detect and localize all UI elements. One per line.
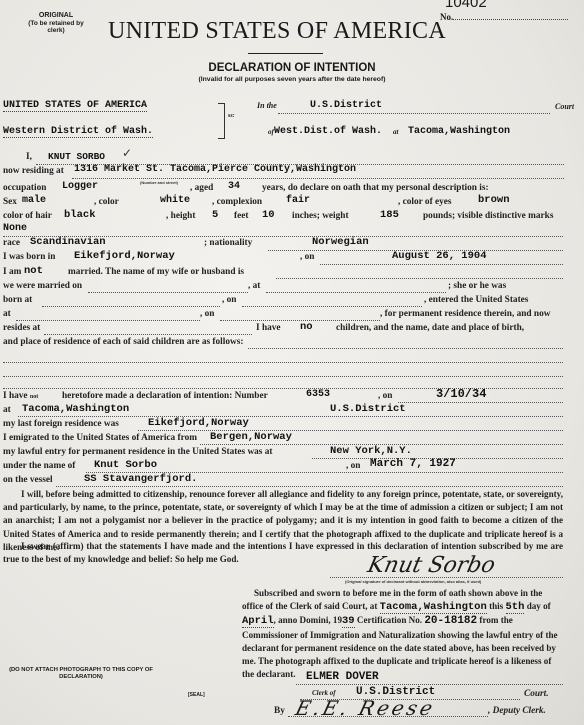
have-text: I have <box>256 323 281 333</box>
entry-label: my lawful entry for permanent residence … <box>3 447 273 457</box>
children-line-1 <box>3 362 563 363</box>
clerk-name-line <box>296 684 563 685</box>
entered-text: , entered the United States <box>424 295 528 305</box>
spouse-residence-line <box>44 334 252 335</box>
address-line <box>72 178 564 179</box>
spouse-birthdate-line <box>242 306 422 307</box>
children-line-0 <box>248 348 563 349</box>
clerk-month: April <box>242 615 274 628</box>
spouse-line <box>276 278 563 279</box>
declarant-signature: Knut Sorbo <box>365 553 497 578</box>
race-label: race <box>3 238 20 248</box>
born-at-text: born at <box>3 295 32 305</box>
am-label: I am <box>3 267 21 277</box>
vessel-value: SS Stavangerfjord. <box>84 473 197 485</box>
ss-label: ss: <box>228 113 235 119</box>
stamp-number: 10402 <box>445 0 487 11</box>
hair-label: color of hair <box>3 211 52 221</box>
entry-on-label: , on <box>346 461 360 471</box>
number-field: No. <box>440 12 568 22</box>
emigrated-from: Bergen,Norway <box>210 431 292 443</box>
clerk-place: Tacoma,Washington <box>380 601 487 614</box>
prior-number: 6353 <box>306 389 330 400</box>
children-count: no <box>300 321 313 333</box>
were-married-text: we were married on <box>3 281 82 291</box>
children-text: children, and the name, date and place o… <box>336 323 524 333</box>
venue-country: UNITED STATES OF AMERICA <box>3 100 213 111</box>
emigrated-label: I emigrated to the United States of Amer… <box>3 433 197 443</box>
photo-note: (DO NOT ATTACH PHOTOGRAPH TO THIS COPY O… <box>6 667 156 681</box>
in-the-label: In the <box>257 101 277 110</box>
inches-label: inches; weight <box>292 211 349 221</box>
spouse-on-label: , on <box>222 295 236 305</box>
last-residence: Eikefjord,Norway <box>148 417 249 429</box>
sex-value: male <box>22 195 46 206</box>
venue-bracket <box>218 103 225 139</box>
title-rule <box>248 53 323 54</box>
occupation-label: occupation <box>3 183 46 193</box>
resides-text: resides at <box>3 323 40 333</box>
race-value: Scandinavian <box>30 236 106 248</box>
nationality-label: ; nationality <box>204 238 252 248</box>
deputy-line <box>288 716 488 717</box>
original-stamp: ORIGINAL (To be retained by clerk) <box>20 12 92 35</box>
address: 1316 Market St. Tacoma,Pierce County,Was… <box>74 164 356 175</box>
height-label: , height <box>166 211 195 221</box>
document-title: UNITED STATES OF AMERICA <box>108 18 446 45</box>
declarant-name: KNUT SORBO <box>48 151 105 162</box>
spouse-born-text: ; she or he was <box>448 281 506 291</box>
entry-on-label: , on <box>200 309 214 319</box>
signature-line <box>330 577 563 578</box>
prior-place: Tacoma,Washington <box>22 403 129 415</box>
eyes-label: , color of eyes <box>398 197 452 207</box>
feet-label: feet <box>234 211 248 221</box>
at-text: at <box>3 309 11 319</box>
court-name: U.S.District <box>310 100 382 111</box>
prior-court: U.S.District <box>330 403 406 415</box>
color-value: white <box>160 195 190 206</box>
court-label: Court <box>555 102 574 111</box>
declaration-document: ORIGINAL (To be retained by clerk) 10402… <box>0 0 584 725</box>
seal-label: [SEAL] <box>188 692 205 698</box>
court-location: Tacoma,Washington <box>408 126 510 137</box>
declare-text: years, do declare on oath that my person… <box>262 183 489 193</box>
height-feet: 5 <box>212 209 218 221</box>
permanent-text: , for permanent residence therein, and n… <box>380 309 550 319</box>
venue-district: Western District of Wash. <box>3 126 153 137</box>
birth-date-line <box>320 264 563 265</box>
prior-on-label: , on <box>378 391 392 401</box>
birthplace-value: Eikefjord,Norway <box>74 250 175 262</box>
last-residence-line <box>138 430 563 431</box>
age-value: 34 <box>228 181 240 192</box>
married-date-line <box>88 292 248 293</box>
complexion-value: fair <box>286 195 310 206</box>
court-district: West.Dist.of Wash. <box>274 126 382 137</box>
address-caption: (Number and street) <box>140 180 178 185</box>
prior-date-line <box>398 402 563 403</box>
children-list-text: and place of residence of each of said c… <box>3 337 243 347</box>
prior-court-line <box>18 416 563 417</box>
hair-value: black <box>64 209 96 221</box>
checkmark-icon: ✓ <box>122 146 132 161</box>
prior-have-label: I have not <box>3 391 38 401</box>
weight-value: 185 <box>380 209 399 221</box>
prior-have-value: not <box>30 394 38 400</box>
at-label: at <box>393 128 398 136</box>
marks-value: None <box>3 223 27 234</box>
prior-date: 3/10/34 <box>436 387 486 401</box>
birth-date: August 26, 1904 <box>392 250 487 262</box>
entry-name: Knut Sorbo <box>94 459 157 471</box>
heretofore-text: heretofore made a declaration of intenti… <box>62 391 268 401</box>
last-residence-label: my last foreign residence was <box>3 419 119 429</box>
occupation-value: Logger <box>62 181 98 192</box>
certificate-number: 20-18182 <box>424 615 477 627</box>
document-subtitle: DECLARATION OF INTENTION <box>0 62 584 74</box>
color-label: , color <box>94 197 119 207</box>
clerk-year: 39 <box>342 615 355 628</box>
married-status: not <box>24 265 43 277</box>
clerk-name: ELMER DOVER <box>306 671 379 683</box>
original-label: ORIGINAL <box>20 12 92 20</box>
residing-label: now residing at <box>3 166 64 176</box>
deputy-label: , Deputy Clerk. <box>488 706 546 716</box>
retained-note: (To be retained by clerk) <box>20 20 92 35</box>
entry-date: March 7, 1927 <box>370 458 456 470</box>
married-place-line <box>266 292 446 293</box>
vessel-line <box>56 486 563 487</box>
height-inches: 10 <box>262 209 275 221</box>
clerk-court-label: Court. <box>524 689 549 699</box>
complexion-label: , complexion <box>212 197 262 207</box>
vessel-label: on the vessel <box>3 475 53 485</box>
signature-caption: (Original signature of declarant without… <box>345 579 481 584</box>
sex-label: Sex <box>3 197 17 207</box>
entry-port: New York,N.Y. <box>330 445 412 457</box>
of-label: of <box>268 128 274 136</box>
spouse-birthplace-line <box>42 306 220 307</box>
court-line <box>278 113 550 114</box>
married-at-label: , at <box>248 281 260 291</box>
prior-at-label: at <box>3 405 11 415</box>
married-text: married. The name of my wife or husband … <box>68 267 244 277</box>
born-label: I was born in <box>3 252 55 262</box>
pounds-label: pounds; visible distinctive marks <box>423 211 553 221</box>
spouse-entry-place-line <box>16 320 200 321</box>
children-line-2 <box>3 376 563 377</box>
validity-note: (Invalid for all purposes seven years af… <box>0 76 584 83</box>
aged-label: , aged <box>190 183 213 193</box>
birth-on-label: , on <box>300 252 314 262</box>
i-label: I, <box>26 152 32 162</box>
clerk-day: 5th <box>506 601 525 614</box>
entry-name-label: under the name of <box>3 461 75 471</box>
eyes-value: brown <box>478 194 510 206</box>
nationality-value: Norwegian <box>312 236 369 248</box>
clerk-certification: Subscribed and sworn to before me in the… <box>242 587 563 681</box>
by-label: By <box>274 706 285 716</box>
